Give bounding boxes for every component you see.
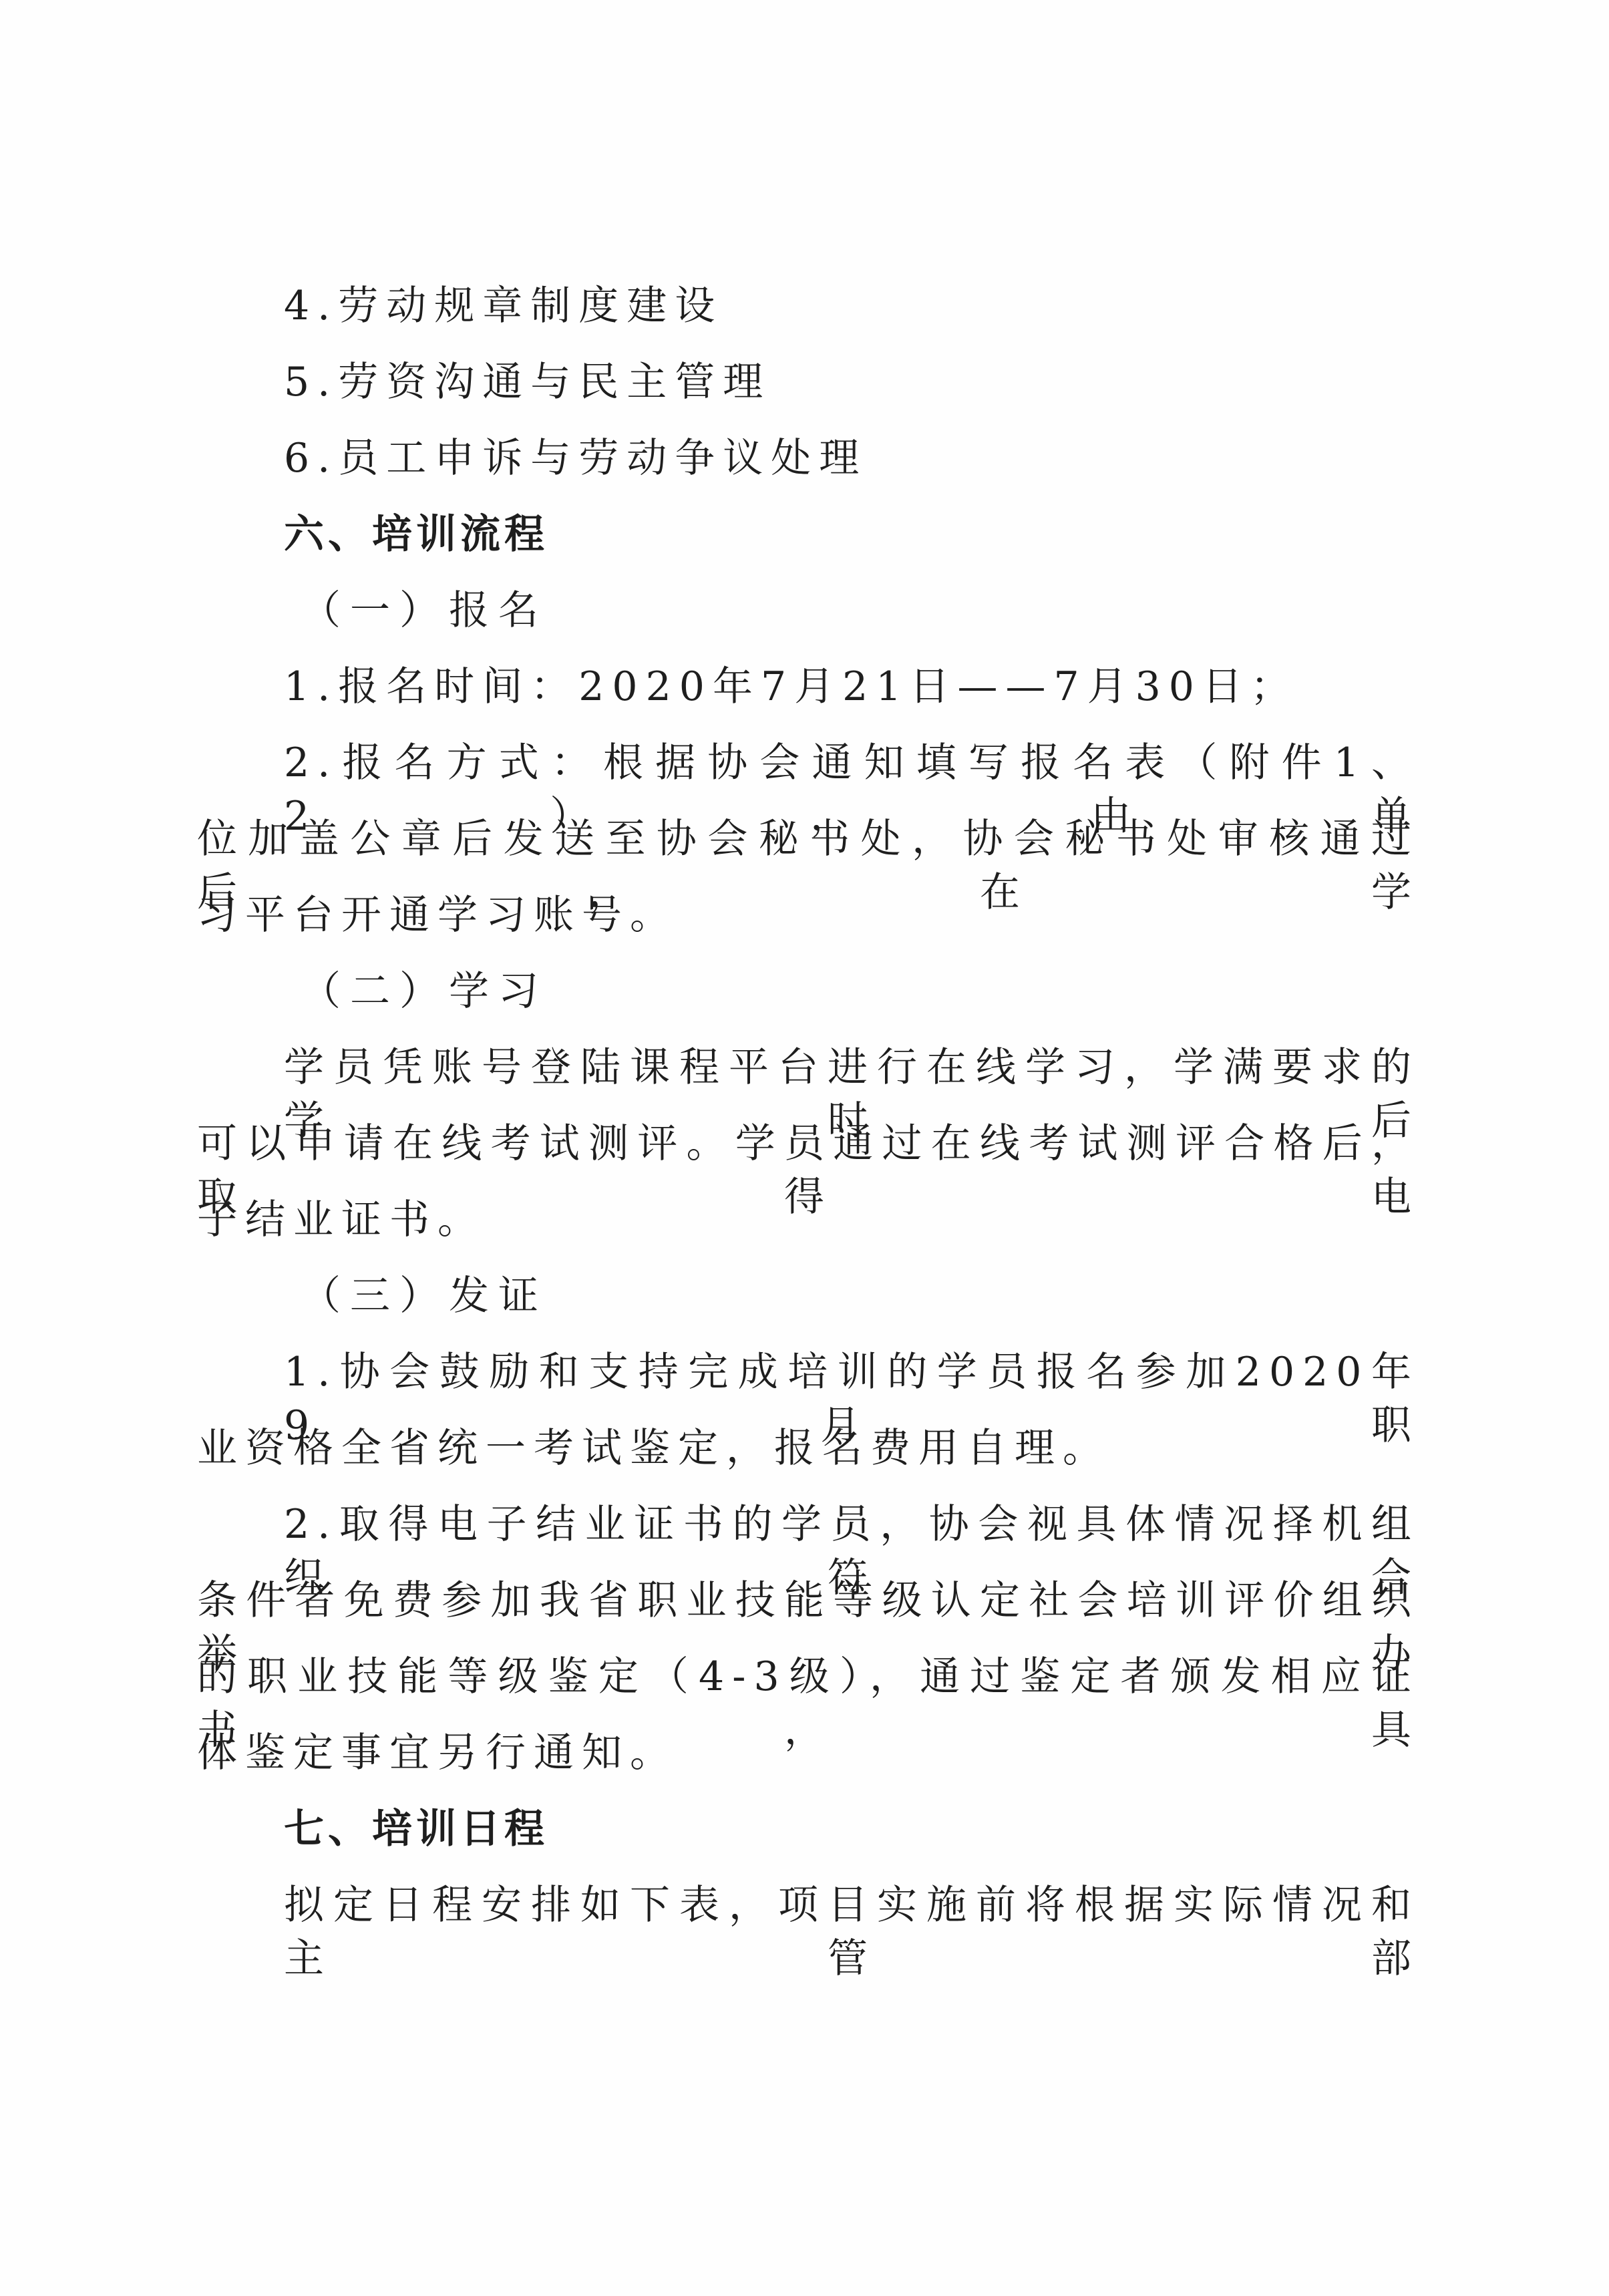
subsection-heading-study: （二）学习 [301,965,1523,1018]
study-paragraph-line: 子结业证书。 [197,1193,1419,1247]
list-item: 5.劳资沟通与民主管理 [284,355,1506,409]
section-heading-7: 七、培训日程 [284,1802,1506,1856]
list-item: 4.劳动规章制度建设 [284,279,1506,333]
subsection-heading-registration: （一）报名 [301,584,1523,637]
document-page: 4.劳动规章制度建设 5.劳资沟通与民主管理 6.员工申诉与劳动争议处理 六、培… [0,0,1609,2296]
registration-time: 1.报名时间：2020年7月21日——7月30日； [284,660,1506,713]
list-item: 6.员工申诉与劳动争议处理 [284,432,1506,485]
certificate-item2-line: 体鉴定事宜另行通知。 [197,1726,1419,1780]
schedule-paragraph-line: 拟定日程安排如下表，项目实施前将根据实际情况和主管部 [284,1878,1419,1985]
registration-method-line: 习平台开通学习账号。 [197,888,1419,942]
section-heading-6: 六、培训流程 [284,508,1506,561]
certificate-item1-line: 业资格全省统一考试鉴定，报名费用自理。 [197,1422,1419,1475]
subsection-heading-certificate: （三）发证 [301,1269,1523,1323]
